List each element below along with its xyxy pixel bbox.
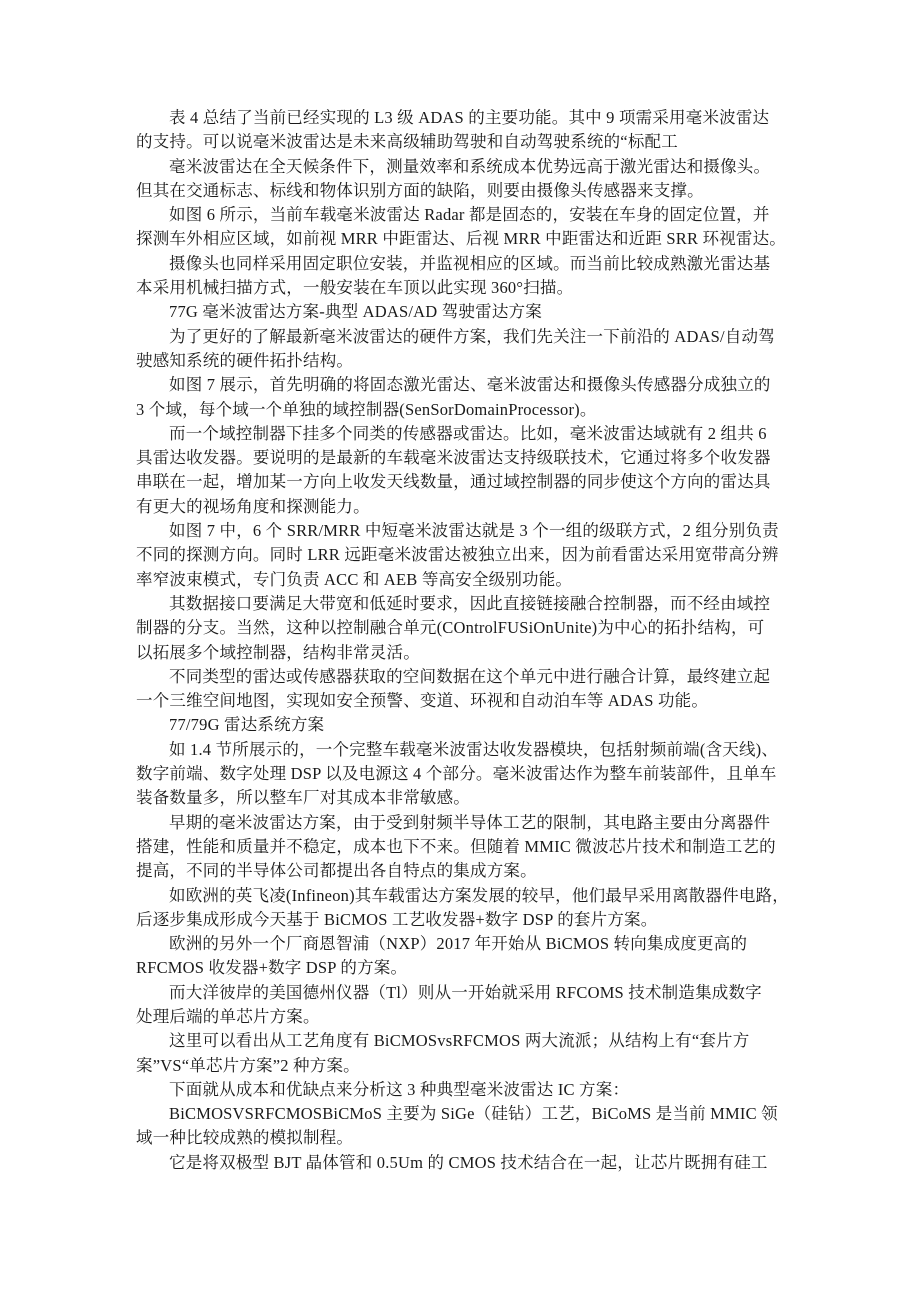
- text-line: 而大洋彼岸的美国德州仪器（Tl）则从一开始就采用 RFCOMS 技术制造集成数字: [136, 981, 796, 1005]
- text-line: 提高，不同的半导体公司都提出各自特点的集成方案。: [136, 859, 796, 883]
- text-line: 如欧洲的英飞凌(Infineon)其车载雷达方案发展的较早，他们最早采用离散器件…: [136, 884, 796, 908]
- text-line: 这里可以看出从工艺角度有 BiCMOSvsRFCMOS 两大流派；从结构上有“套…: [136, 1029, 796, 1053]
- text-line: 但其在交通标志、标线和物体识别方面的缺陷，则要由摄像头传感器来支撑。: [136, 179, 796, 203]
- text-line: 数字前端、数字处理 DSP 以及电源这 4 个部分。毫米波雷达作为整车前装部件，…: [136, 762, 796, 786]
- text-line: 率窄波束模式，专门负责 ACC 和 AEB 等高安全级别功能。: [136, 568, 796, 592]
- text-line: 它是将双极型 BJT 晶体管和 0.5Um 的 CMOS 技术结合在一起，让芯片…: [136, 1151, 796, 1175]
- text-line: 欧洲的另外一个厂商恩智浦（NXP）2017 年开始从 BiCMOS 转向集成度更…: [136, 932, 796, 956]
- text-line: 案”VS“单芯片方案”2 种方案。: [136, 1054, 796, 1078]
- text-line: 驶感知系统的硬件拓扑结构。: [136, 349, 796, 373]
- text-line: RFCMOS 收发器+数字 DSP 的方案。: [136, 956, 796, 980]
- text-line: 早期的毫米波雷达方案，由于受到射频半导体工艺的限制，其电路主要由分离器件: [136, 811, 796, 835]
- text-line: 不同类型的雷达或传感器获取的空间数据在这个单元中进行融合计算，最终建立起: [136, 665, 796, 689]
- text-line: 后逐步集成形成今天基于 BiCMOS 工艺收发器+数字 DSP 的套片方案。: [136, 908, 796, 932]
- text-line: 装备数量多，所以整车厂对其成本非常敏感。: [136, 786, 796, 810]
- text-line: 以拓展多个域控制器，结构非常灵活。: [136, 641, 796, 665]
- document-page: 表 4 总结了当前已经实现的 L3 级 ADAS 的主要功能。其中 9 项需采用…: [136, 106, 796, 1175]
- text-line: 毫米波雷达在全天候条件下，测量效率和系统成本优势远高于激光雷达和摄像头。: [136, 155, 796, 179]
- section-heading: 77G 毫米波雷达方案-典型 ADAS/AD 驾驶雷达方案: [136, 300, 796, 324]
- text-line: 摄像头也同样采用固定职位安装，并监视相应的区域。而当前比较成熟激光雷达基: [136, 252, 796, 276]
- text-line: 如图 6 所示，当前车载毫米波雷达 Radar 都是固态的，安装在车身的固定位置…: [136, 203, 796, 227]
- text-line: 3 个域，每个域一个单独的域控制器(SenSorDomainProcessor)…: [136, 398, 796, 422]
- text-line: 表 4 总结了当前已经实现的 L3 级 ADAS 的主要功能。其中 9 项需采用…: [136, 106, 796, 130]
- text-line: 下面就从成本和优缺点来分析这 3 种典型毫米波雷达 IC 方案：: [136, 1078, 796, 1102]
- text-line: 制器的分支。当然，这种以控制融合单元(COntrolFUSiOnUnite)为中…: [136, 616, 796, 640]
- text-line: 有更大的视场角度和探测能力。: [136, 495, 796, 519]
- text-line: 搭建，性能和质量并不稳定，成本也下不来。但随着 MMIC 微波芯片技术和制造工艺…: [136, 835, 796, 859]
- section-heading: 77/79G 雷达系统方案: [136, 713, 796, 737]
- text-line: BiCMOSVSRFCMOSBiCMoS 主要为 SiGe（硅钻）工艺，BiCo…: [136, 1102, 796, 1126]
- text-line: 处理后端的单芯片方案。: [136, 1005, 796, 1029]
- text-line: 本采用机械扫描方式，一般安装在车顶以此实现 360°扫描。: [136, 276, 796, 300]
- text-line: 域一种比较成熟的模拟制程。: [136, 1126, 796, 1150]
- text-line: 而一个域控制器下挂多个同类的传感器或雷达。比如，毫米波雷达域就有 2 组共 6: [136, 422, 796, 446]
- text-line: 一个三维空间地图，实现如安全预警、变道、环视和自动泊车等 ADAS 功能。: [136, 689, 796, 713]
- text-line: 其数据接口要满足大带宽和低延时要求，因此直接链接融合控制器，而不经由域控: [136, 592, 796, 616]
- text-line: 为了更好的了解最新毫米波雷达的硬件方案，我们先关注一下前沿的 ADAS/自动驾: [136, 325, 796, 349]
- text-line: 的支持。可以说毫米波雷达是未来高级辅助驾驶和自动驾驶系统的“标配工: [136, 130, 796, 154]
- text-line: 不同的探测方向。同时 LRR 远距毫米波雷达被独立出来，因为前看雷达采用宽带高分…: [136, 543, 796, 567]
- text-line: 如图 7 中，6 个 SRR/MRR 中短毫米波雷达就是 3 个一组的级联方式，…: [136, 519, 796, 543]
- text-line: 具雷达收发器。要说明的是最新的车载毫米波雷达支持级联技术，它通过将多个收发器: [136, 446, 796, 470]
- text-line: 探测车外相应区域，如前视 MRR 中距雷达、后视 MRR 中距雷达和近距 SRR…: [136, 227, 796, 251]
- text-line: 如 1.4 节所展示的，一个完整车载毫米波雷达收发器模块，包括射频前端(含天线)…: [136, 738, 796, 762]
- text-line: 如图 7 展示，首先明确的将固态激光雷达、毫米波雷达和摄像头传感器分成独立的: [136, 373, 796, 397]
- text-line: 串联在一起，增加某一方向上收发天线数量，通过域控制器的同步使这个方向的雷达具: [136, 470, 796, 494]
